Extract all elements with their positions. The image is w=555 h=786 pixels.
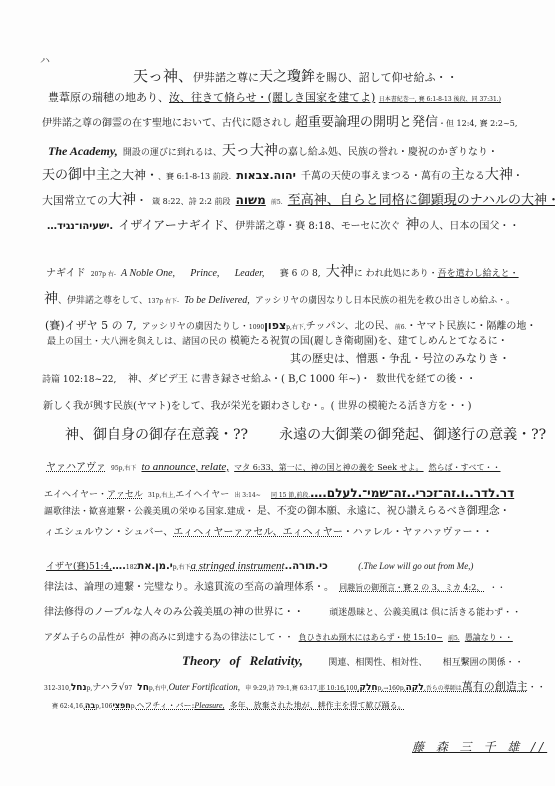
- line-22: 律法修得のノーブルな人々のみ公義美風の神の世界に・・ 頑迷愚昧と、公義美風は 倶…: [44, 602, 521, 618]
- line-9: 神、伊弉諾之尊をして、137p 右下- To be Delivered, アッシ…: [44, 290, 515, 306]
- line-11: 最上の国土・大八洲を與えしは、諸国の民の 模範たる祝賀の国(麗しき衛砌園)を、建…: [47, 337, 508, 347]
- line-16: ヤァハアヴァ 95p,右下 to announce, relate, マタ 6:…: [46, 457, 500, 473]
- line-heading: 天っ神、伊弉諾之尊に天之瓊鉾を賜ひ、詔して仰せ給ふ・・: [133, 68, 458, 84]
- line-7: …ישעיהו־נגיד. イザイアーナギイド、伊弉諾之尊・賽 8:18、モーセ…: [47, 216, 519, 232]
- line-19: ィエシュルウン・シュバー、エィヘィヤーァァセル、エィヘィヤー・ハァレル・ヤァハァ…: [44, 528, 492, 538]
- line-24: Theory of Relativity, 関連、相関性、相対性、 相互繫囲の関…: [182, 652, 524, 668]
- line-13: 詩篇 102:18~22, 神、ダビデ王 に書き録させ給ふ・( B,C 1000…: [42, 375, 476, 385]
- line-8: ナギイド 207p 右- A Noble One, Prince, Leader…: [46, 263, 519, 279]
- line-2: 豊葦原の瑞穂の地あり、汝、往きて脩らせ・(麗しき国家を建てよ) 日本書紀巻一, …: [48, 92, 501, 103]
- line-14: 新しく我が興す民族(ヤマト)をして、我が栄光を顕わさしむ・。( 世界の模範たる活…: [43, 402, 472, 412]
- line-6: 大国常立ての大神・ 箴 8:22、詩 2:2 前段 משוה 前5. 至高神、自…: [42, 191, 555, 207]
- line-12: 其の歴史は、憎悪・争乱・号泣のみなりき・: [290, 353, 510, 364]
- line-5: 天の御中主之大神・、賽 6:1-8-13 前段. יהוה.צבאות 千萬の天…: [42, 166, 523, 182]
- line-17: エイヘイヤー・アァセル 31p,右上,エイヘイヤー 出 3:14~ 同 15 節…: [44, 484, 514, 500]
- line-18: 謳歌律法・歓喜連繋・公義美風の栄ゆる国家.建成・ 是、不変の御本願、永遠に、祝ひ…: [44, 505, 510, 517]
- line-26: 賽 62:4,בה,16p,חפצי106p,ヘフチィ・バー:Pleasure,…: [52, 695, 406, 711]
- line-21: 律法は、論理の連繋・完璧なり。永遠貫流の至高の論理体系・。 同趣旨の御預言・賽 …: [44, 577, 505, 593]
- line-25: נחל,312-310p,ナハラ√חל 97p,右中,Outer Fortifi…: [44, 677, 546, 693]
- line-10: (賽)イザヤ 5 の 7, アッシリヤの虜因たりし・צפון1090p,右下,チ…: [45, 316, 536, 332]
- line-4: The Academy, 開設の運びに到れるは、天っ大神の嘉し給ふ処、民族の誉れ…: [48, 142, 498, 158]
- author-signature: 藤 森 三 千 雄 //: [412, 738, 547, 755]
- line-23: アダム子らの品性が 神の高みに到達する為の律法にして・・ 負ひきれぬ頸木にはあら…: [44, 627, 513, 643]
- line-20: イザヤ(賽)51:4,….י.מן.את182p,右下a stringed in…: [46, 556, 473, 572]
- document-page: ハ 天っ神、伊弉諾之尊に天之瓊鉾を賜ひ、詔して仰せ給ふ・・ 豊葦原の瑞穂の地あり…: [0, 0, 555, 786]
- line-15-heading: 神、御自身の御存在意義・?? 永遠の大御業の御発起、御遂行の意義・??: [65, 428, 546, 442]
- page-corner-mark: ハ: [40, 52, 50, 67]
- line-3: 伊弉諾之尊の御霊の在す聖地において、古代に隠されし 超重要論理の開明と発信・但 …: [42, 116, 517, 129]
